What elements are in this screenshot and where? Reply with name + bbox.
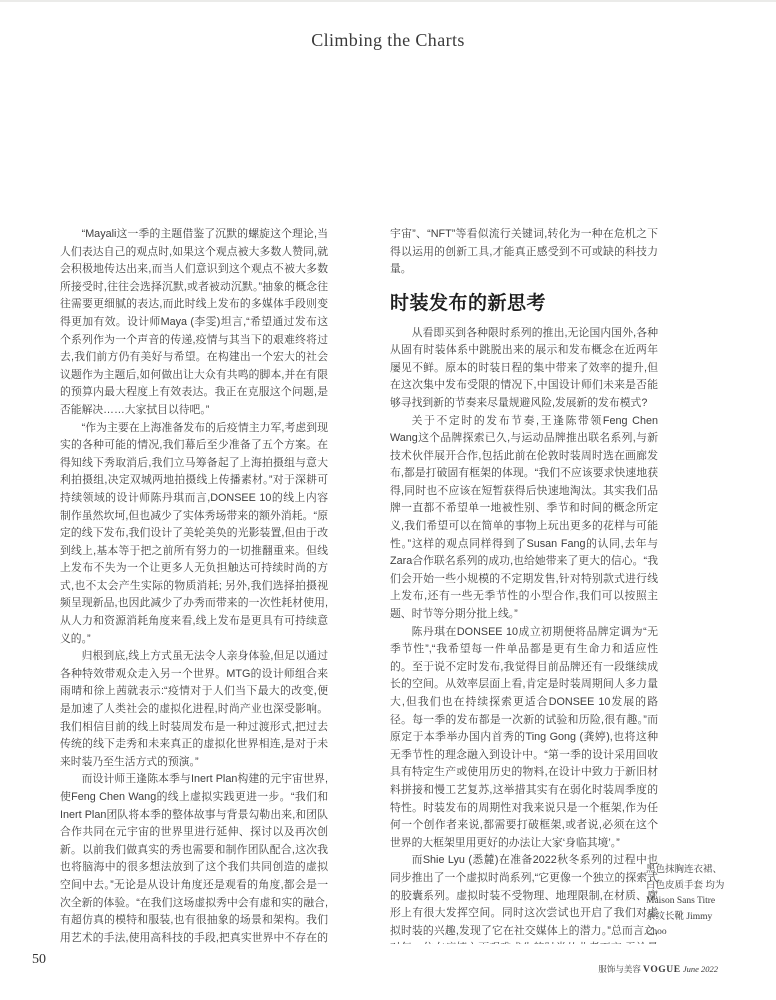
caption-line: Choo	[646, 925, 764, 941]
photo-caption: 黑色抹胸连衣裙、 白色皮质手套 均为 Maison Sans Titre 条纹长…	[646, 863, 764, 941]
body-paragraph: 而设计师王逢陈本季与Inert Plan构建的元宇宙世界,使Feng Chen …	[60, 771, 328, 944]
body-paragraph-continuation: 宇宙”、“NFT”等看似流行关键词,转化为一种在危机之下得以运用的创新工具,才能…	[390, 226, 658, 279]
caption-line: 白色皮质手套 均为	[646, 879, 764, 895]
footer-magazine-cn: 服饰与美容	[598, 964, 641, 974]
section-heading: 时装发布的新思考	[390, 292, 658, 316]
right-text-column: 宇宙”、“NFT”等看似流行关键词,转化为一种在危机之下得以运用的创新工具,才能…	[390, 226, 658, 944]
magazine-page: Climbing the Charts “Mayali这一季的主题借鉴了沉默的螺…	[0, 0, 776, 1000]
footer-credit: 服饰与美容 VOGUE June 2022	[598, 963, 718, 975]
body-paragraph: “Mayali这一季的主题借鉴了沉默的螺旋这个理论,当人们表达自己的观点时,如果…	[60, 226, 328, 420]
body-paragraph: 而Shie Lyu (悉麓)在准备2022秋冬系列的过程中也同步推出了一个虚拟时…	[390, 852, 658, 944]
body-paragraph: 归根到底,线上方式虽无法令人亲身体验,但足以通过各种特效带观众走入另一个世界。M…	[60, 648, 328, 771]
caption-line: 条纹长靴 Jimmy	[646, 910, 764, 926]
page-title: Climbing the Charts	[0, 30, 776, 51]
body-paragraph: 从看即买到各种限时系列的推出,无论国内国外,各种从固有时装体系中跳脱出来的展示和…	[390, 325, 658, 413]
page-number: 50	[32, 952, 46, 968]
caption-line: Maison Sans Titre	[646, 894, 764, 910]
body-paragraph: “作为主要在上海准备发布的后疫情主力军,考虑到现实的各种可能的情况,我们幕后至少…	[60, 420, 328, 649]
left-text-column: “Mayali这一季的主题借鉴了沉默的螺旋这个理论,当人们表达自己的观点时,如果…	[60, 226, 328, 944]
footer-issue-date: June 2022	[683, 964, 718, 974]
footer-magazine-en: VOGUE	[643, 965, 681, 975]
caption-line: 黑色抹胸连衣裙、	[646, 863, 764, 879]
body-paragraph: 陈丹琪在DONSEE 10成立初期便将品牌定调为“无季节性”,“我希望每一件单品…	[390, 624, 658, 853]
body-paragraph: 关于不定时的发布节奏,王逢陈带领Feng Chen Wang这个品牌探索已久,与…	[390, 413, 658, 624]
